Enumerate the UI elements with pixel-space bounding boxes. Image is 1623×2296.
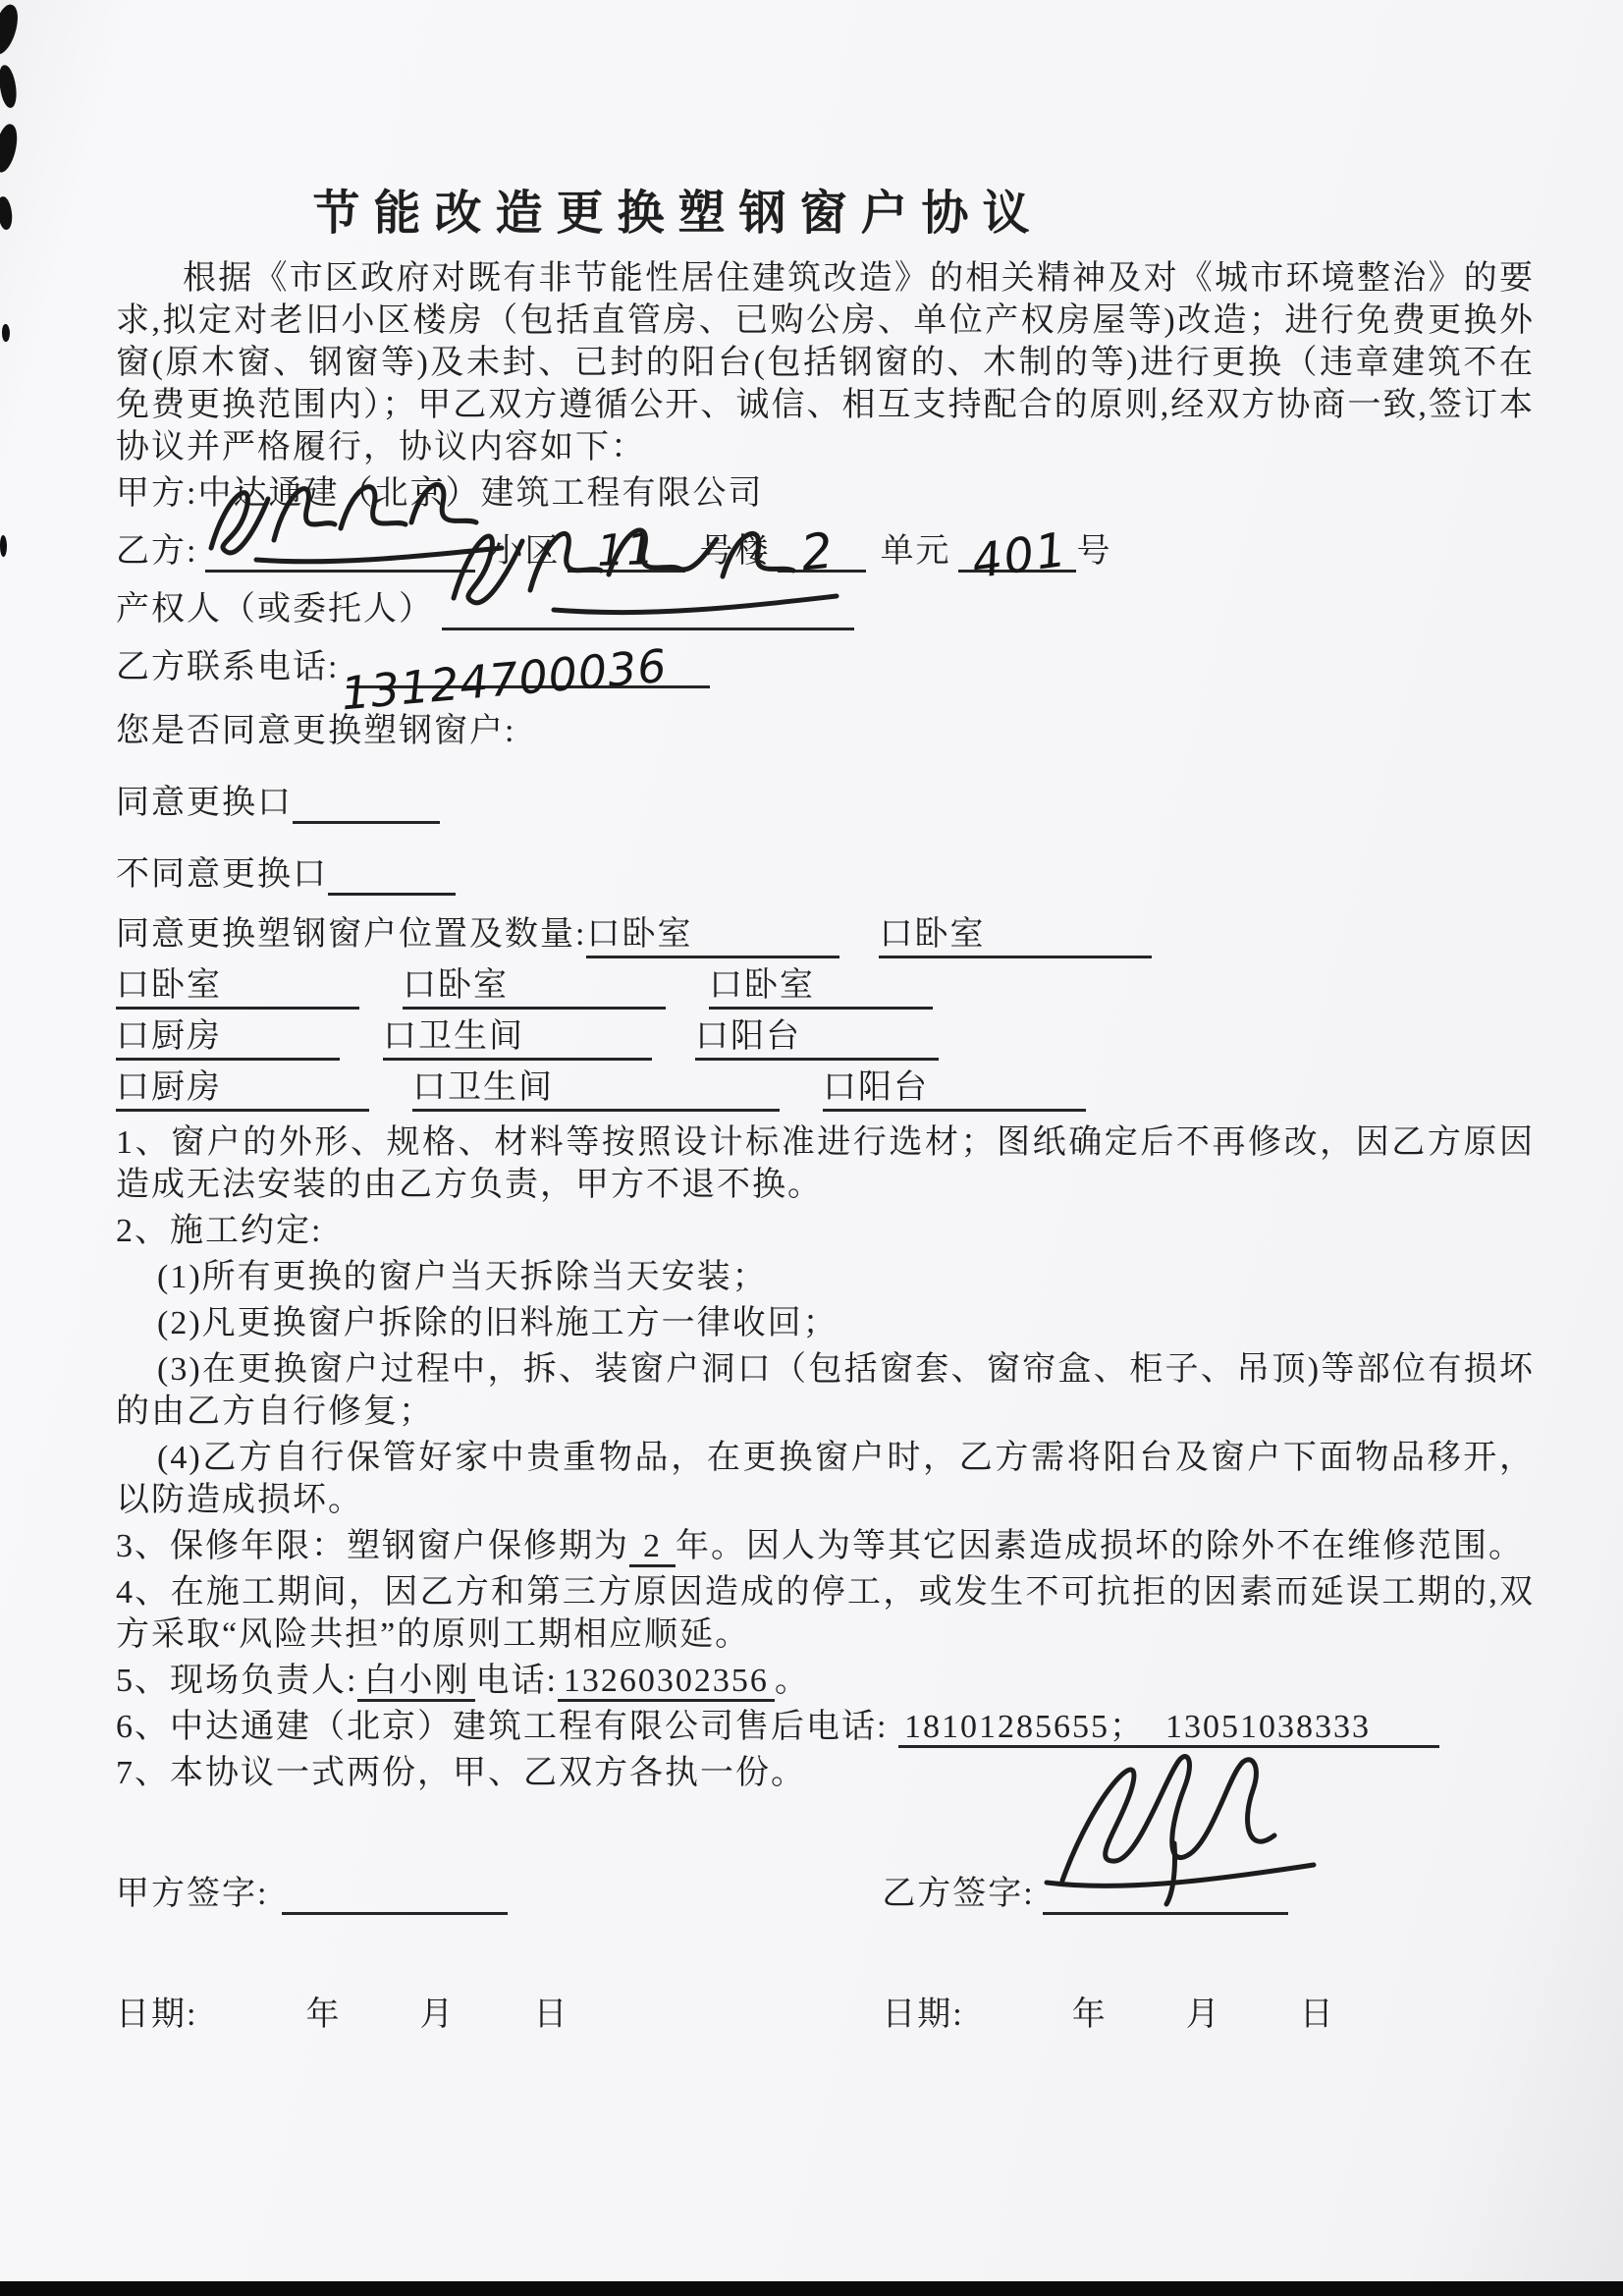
clause-2: 2、施工约定:: [116, 1210, 1535, 1252]
phone-blank: 13124700036: [347, 644, 710, 688]
quantity-row: 口厨房 口卫生间 口阳台: [116, 1015, 1535, 1061]
scan-artifact: [0, 2, 23, 57]
clause-5-pre: 5、现场负责人:: [116, 1663, 357, 1699]
clause-3-pre: 3、保修年限：塑钢窗户保修期为: [116, 1528, 629, 1564]
date-label-b: 日期:: [882, 1994, 963, 2036]
month-label-a: 月: [419, 1994, 455, 2036]
document-title: 节能改造更换塑钢窗户协议: [116, 185, 1240, 244]
clause-5: 5、现场负责人:白小刚电话:13260302356。: [116, 1660, 1535, 1702]
day-label-b: 日: [1300, 1994, 1335, 2036]
scan-artifact: [0, 195, 14, 230]
room-no-blank: 401: [958, 528, 1076, 573]
document-content: 节能改造更换塑钢窗户协议 根据《市区政府对既有非节能性居住建筑改造》的相关精神及…: [116, 185, 1535, 2036]
warranty-years: 2: [629, 1528, 676, 1567]
owner-label: 产权人（或委托人）: [116, 588, 434, 630]
clause-4: 4、在施工期间，因乙方和第三方原因造成的停工，或发生不可抗拒的因素而延误工期的,…: [116, 1571, 1535, 1656]
agree-blank: [293, 780, 440, 824]
room-checkbox: 口卫生间: [383, 1015, 652, 1061]
clause-2-sub-2: (2)凡更换窗户拆除的旧料施工方一律收回；: [116, 1302, 1535, 1344]
agree-question: 您是否同意更换塑钢窗户:: [116, 710, 1535, 752]
site-manager-phone: 13260302356: [558, 1663, 775, 1702]
room-checkbox: 口厨房: [116, 1015, 340, 1061]
date-area-b: 日期: 年 月 日: [882, 1994, 1535, 2036]
signature-row: 甲方签字: 乙方签字:: [116, 1871, 1535, 1915]
clause-1: 1、窗户的外形、规格、材料等按照设计标准进行选材；图纸确定后不再修改，因乙方原因…: [116, 1121, 1535, 1206]
clause-3: 3、保修年限：塑钢窗户保修期为2年。因人为等其它因素造成损坏的除外不在维修范围。: [116, 1525, 1535, 1567]
scan-artifact: [0, 535, 7, 557]
room-checkbox: 口厨房: [116, 1066, 369, 1112]
agree-option-line: 同意更换口: [116, 780, 1535, 824]
clause-6-pre: 6、中达通建（北京）建筑工程有限公司售后电话:: [116, 1709, 898, 1745]
clause-2-sub-3: (3)在更换窗户过程中，拆、装窗户洞口（包括窗套、窗帘盒、柜子、吊顶)等部位有损…: [116, 1348, 1535, 1433]
unit-suffix: 单元: [880, 530, 950, 573]
room-checkbox: 口阳台: [823, 1066, 1086, 1112]
scanned-document-page: 节能改造更换塑钢窗户协议 根据《市区政府对既有非节能性居住建筑改造》的相关精神及…: [0, 0, 1623, 2296]
party-b-signature-blank: [1043, 1871, 1288, 1915]
clause-5-mid: 电话:: [475, 1663, 557, 1699]
handwritten-phone: 13124700036: [340, 645, 669, 716]
date-row: 日期: 年 月 日 日期: 年 月 日: [116, 1994, 1535, 2036]
party-a-sign-label: 甲方签字:: [116, 1873, 268, 1915]
clause-5-end: 。: [775, 1663, 810, 1699]
scan-artifact: [2, 324, 10, 342]
clauses: 1、窗户的外形、规格、材料等按照设计标准进行选材；图纸确定后不再修改，因乙方原因…: [116, 1121, 1535, 1794]
quantity-header-row: 同意更换塑钢窗户位置及数量: 口卧室 口卧室: [116, 913, 1535, 958]
quantity-label: 同意更换塑钢窗户位置及数量:: [116, 913, 586, 958]
owner-name-blank: [442, 586, 854, 630]
handwritten-owner-name: [436, 504, 848, 631]
scan-artifact: [0, 122, 22, 174]
disagree-blank: [328, 851, 456, 896]
year-label-b: 年: [1072, 1994, 1108, 2036]
phone-label: 乙方联系电话:: [116, 646, 339, 688]
room-checkbox: 口卧室: [586, 913, 839, 958]
handwritten-party-b-signature: [1027, 1725, 1341, 1912]
room-checkbox: 口卧室: [879, 913, 1152, 958]
day-label-a: 日: [533, 1994, 568, 2036]
date-label-a: 日期:: [116, 1994, 197, 2036]
party-b-sign-label: 乙方签字:: [882, 1873, 1034, 1915]
phone-line: 乙方联系电话: 13124700036: [116, 644, 1535, 688]
scan-artifact: [0, 64, 19, 109]
party-a-signature-blank: [282, 1871, 508, 1915]
agree-option-label: 同意更换口: [116, 782, 293, 824]
disagree-option-label: 不同意更换口: [116, 853, 328, 896]
party-b-signature-area: 乙方签字:: [882, 1871, 1535, 1915]
disagree-option-line: 不同意更换口: [116, 851, 1535, 896]
scan-bottom-edge: [0, 2281, 1623, 2296]
year-label-a: 年: [305, 1994, 341, 2036]
room-checkbox: 口卧室: [116, 964, 359, 1010]
room-suffix: 号: [1076, 530, 1111, 573]
party-b-label: 乙方:: [116, 530, 197, 573]
room-checkbox: 口卫生间: [412, 1066, 780, 1112]
handwritten-room-no: 401: [970, 528, 1071, 583]
room-checkbox: 口阳台: [695, 1015, 939, 1061]
clause-3-post: 年。因人为等其它因素造成损坏的除外不在维修范围。: [676, 1528, 1524, 1564]
month-label-b: 月: [1186, 1994, 1221, 2036]
quantity-row: 口卧室 口卧室 口卧室: [116, 964, 1535, 1010]
room-checkbox: 口卧室: [709, 964, 933, 1010]
room-checkbox: 口卧室: [403, 964, 666, 1010]
clause-2-sub-1: (1)所有更换的窗户当天拆除当天安装；: [116, 1256, 1535, 1298]
owner-line: 产权人（或委托人）: [116, 586, 1535, 630]
clause-2-sub-4: (4)乙方自行保管好家中贵重物品，在更换窗户时，乙方需将阳台及窗户下面物品移开，…: [116, 1437, 1535, 1521]
quantity-row: 口厨房 口卫生间 口阳台: [116, 1066, 1535, 1112]
site-manager-name: 白小刚: [357, 1663, 475, 1702]
intro-paragraph: 根据《市区政府对既有非节能性居住建筑改造》的相关精神及对《城市环境整治》的要求,…: [116, 257, 1535, 468]
